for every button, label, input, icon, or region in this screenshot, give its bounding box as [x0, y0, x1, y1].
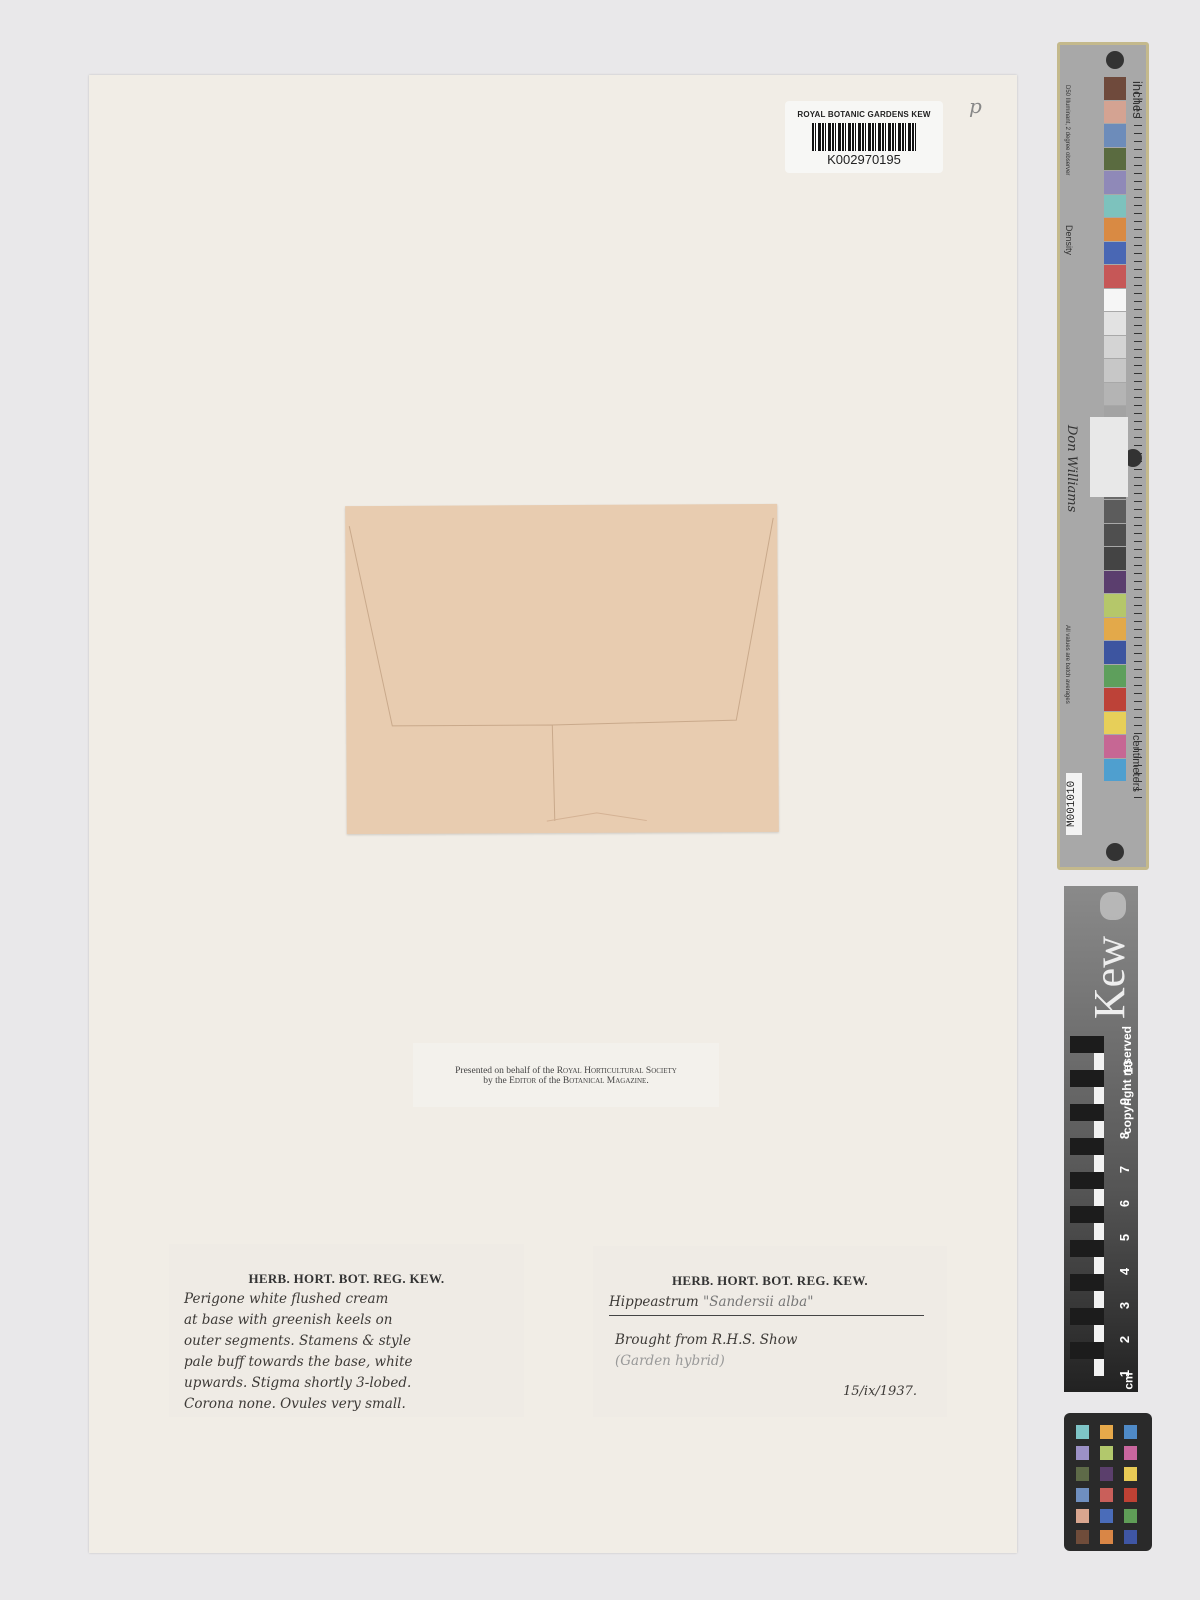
- color-swatch: [1104, 641, 1126, 664]
- barcode-number: K002970195: [785, 152, 943, 167]
- color-swatch: [1104, 735, 1126, 758]
- scale-block: [1070, 1274, 1104, 1291]
- scale-block: [1094, 1291, 1104, 1308]
- genus-name: Hippeastrum: [609, 1294, 699, 1310]
- color-checker: [1064, 1413, 1152, 1551]
- scale-number: 7: [1117, 1166, 1132, 1173]
- centimeters-label: centimeters: [1130, 735, 1142, 792]
- scale-block: [1094, 1053, 1104, 1070]
- institution-name: ROYAL BOTANIC GARDENS KEW: [785, 110, 943, 119]
- color-swatch: [1104, 759, 1126, 782]
- pencil-mark: p: [969, 94, 982, 118]
- barcode-label: ROYAL BOTANIC GARDENS KEW K002970195: [785, 101, 943, 173]
- hole-icon: [1106, 843, 1124, 861]
- scale-block: [1094, 1359, 1104, 1376]
- scale-block: [1094, 1189, 1104, 1206]
- color-swatch: [1104, 336, 1126, 359]
- presentation-label: Presented on behalf of the Royal Horticu…: [413, 1043, 719, 1107]
- society-name: Royal Horticultural Society: [557, 1066, 677, 1076]
- crest-icon: [1100, 892, 1126, 920]
- scale-block: [1070, 1308, 1104, 1325]
- color-swatch: [1104, 665, 1126, 688]
- description-label: HERB. HORT. BOT. REG. KEW. Perigone whit…: [169, 1244, 524, 1417]
- scale-block: [1094, 1121, 1104, 1138]
- scale-block: [1070, 1240, 1104, 1257]
- color-swatch: [1104, 265, 1126, 288]
- color-swatch: [1104, 712, 1126, 735]
- density-label: Density: [1064, 225, 1074, 255]
- color-swatch: [1104, 500, 1126, 523]
- barcode-icon: [812, 123, 916, 151]
- color-swatch: [1104, 688, 1126, 711]
- color-swatch: [1104, 571, 1126, 594]
- color-swatch: [1104, 195, 1126, 218]
- label-header: HERB. HORT. BOT. REG. KEW.: [593, 1273, 947, 1289]
- checker-cell: [1124, 1425, 1137, 1439]
- checker-cell: [1100, 1530, 1113, 1544]
- color-swatch: [1104, 77, 1126, 100]
- envelope-folds-icon: [345, 504, 779, 834]
- scale-number: 2: [1117, 1336, 1132, 1343]
- kew-logo: Kew: [1084, 936, 1135, 1019]
- checker-cell: [1076, 1425, 1089, 1439]
- scale-block: [1094, 1155, 1104, 1172]
- ruler-ticks: [1134, 85, 1142, 805]
- taxon-name: Hippeastrum "Sandersii alba": [609, 1292, 924, 1316]
- color-swatch: [1104, 171, 1126, 194]
- color-calibration-bar: inches centimeters D50 Illuminant, 2 deg…: [1057, 42, 1149, 870]
- checker-cell: [1076, 1446, 1089, 1460]
- checker-cell: [1100, 1509, 1113, 1523]
- scale-blocks: [1070, 1036, 1104, 1376]
- checker-cell: [1124, 1530, 1137, 1544]
- description-line: Perigone white flushed cream: [184, 1289, 510, 1310]
- illuminant-note: D50 Illuminant, 2 degree observer: [1064, 85, 1070, 175]
- checker-cell: [1124, 1446, 1137, 1460]
- description-line: outer segments. Stamens & style: [184, 1331, 510, 1352]
- presentation-text: Presented on behalf of the: [455, 1066, 557, 1076]
- description-line: upwards. Stigma shortly 3-lobed.: [184, 1373, 510, 1394]
- checker-cell: [1100, 1488, 1113, 1502]
- color-swatch: [1104, 383, 1126, 406]
- color-bar-id: M001010: [1066, 773, 1082, 835]
- color-swatch: [1104, 618, 1126, 641]
- color-swatch: [1104, 124, 1126, 147]
- brand-name: Don Williams: [1064, 425, 1079, 512]
- scale-block: [1070, 1342, 1104, 1359]
- color-swatch: [1104, 547, 1126, 570]
- hybrid-note: (Garden hybrid): [615, 1351, 947, 1372]
- scale-block: [1094, 1257, 1104, 1274]
- checker-cell: [1124, 1467, 1137, 1481]
- checker-cell: [1100, 1467, 1113, 1481]
- checker-cell: [1124, 1488, 1137, 1502]
- color-swatch: [1104, 148, 1126, 171]
- determination-label: HERB. HORT. BOT. REG. KEW. Hippeastrum "…: [593, 1246, 947, 1417]
- checker-cell: [1076, 1509, 1089, 1523]
- scale-block: [1070, 1138, 1104, 1155]
- checker-cell: [1076, 1488, 1089, 1502]
- scale-block: [1070, 1206, 1104, 1223]
- color-swatch: [1104, 312, 1126, 335]
- color-swatch: [1104, 242, 1126, 265]
- scale-number: 6: [1117, 1200, 1132, 1207]
- scale-block: [1070, 1104, 1104, 1121]
- checker-cell: [1100, 1425, 1113, 1439]
- inches-label: inches: [1130, 81, 1145, 119]
- specimen-envelope[interactable]: [345, 504, 779, 834]
- scale-number: 5: [1117, 1234, 1132, 1241]
- scale-block: [1070, 1036, 1104, 1053]
- magazine-name: Botanical Magazine.: [563, 1076, 649, 1086]
- kew-scale-bar: Kew copyright reserved 12345678910 cm: [1064, 886, 1138, 1392]
- checker-cell: [1076, 1467, 1089, 1481]
- color-swatch: [1104, 101, 1126, 124]
- scale-block: [1094, 1087, 1104, 1104]
- scale-block: [1094, 1223, 1104, 1240]
- checker-cell: [1076, 1530, 1089, 1544]
- checker-cell: [1124, 1509, 1137, 1523]
- cultivar-name: "Sandersii alba": [703, 1294, 813, 1310]
- scale-number: 10: [1121, 1060, 1136, 1074]
- handwritten-description: Perigone white flushed cream at base wit…: [169, 1289, 524, 1415]
- batch-note: All values are batch averages: [1064, 625, 1070, 704]
- unit-label: cm: [1122, 1372, 1136, 1389]
- presentation-text: of the: [536, 1076, 563, 1086]
- scale-number: 9: [1117, 1098, 1132, 1105]
- scale-block: [1070, 1070, 1104, 1087]
- scale-block: [1070, 1172, 1104, 1189]
- color-swatch: [1104, 359, 1126, 382]
- description-line: pale buff towards the base, white: [184, 1352, 510, 1373]
- description-line: at base with greenish keels on: [184, 1310, 510, 1331]
- calibration-target: [1090, 417, 1128, 497]
- color-swatch: [1104, 524, 1126, 547]
- provenance-note: Brought from R.H.S. Show: [615, 1330, 947, 1351]
- presentation-text: by the: [483, 1076, 509, 1086]
- scale-number: 4: [1117, 1268, 1132, 1275]
- description-line: Corona none. Ovules very small.: [184, 1394, 510, 1415]
- scale-number: 8: [1117, 1132, 1132, 1139]
- color-swatch: [1104, 594, 1126, 617]
- color-swatch: [1104, 218, 1126, 241]
- scale-block: [1094, 1325, 1104, 1342]
- editor-text: Editor: [509, 1076, 536, 1086]
- checker-cell: [1100, 1446, 1113, 1460]
- hole-icon: [1106, 51, 1124, 69]
- label-header: HERB. HORT. BOT. REG. KEW.: [169, 1271, 524, 1287]
- scale-number: 3: [1117, 1302, 1132, 1309]
- collection-date: 15/ix/1937.: [843, 1381, 917, 1402]
- color-swatch: [1104, 289, 1126, 312]
- scale-numbers: 12345678910: [1119, 1026, 1137, 1376]
